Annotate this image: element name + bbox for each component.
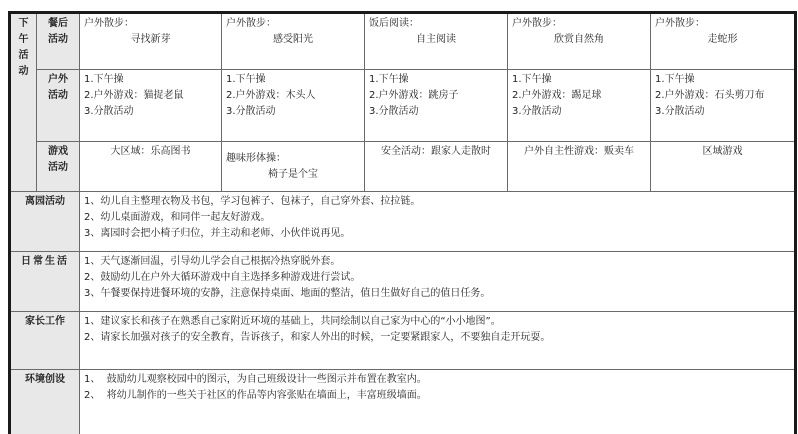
game-activities-label: 游戏 活动 (37, 142, 80, 192)
game-cell-1: 大区域：乐高图书 (80, 142, 222, 192)
after-meal-cell-4: 户外散步： 欣赏自然角 (508, 13, 651, 70)
row-outdoor: 户外 活动 1.下午操 2.户外游戏：猫捉老鼠 3.分散活动 1.下午操 2.户… (10, 70, 796, 142)
after-meal-cell-2: 户外散步： 感受阳光 (222, 13, 365, 70)
after-meal-label: 餐后 活动 (37, 13, 80, 70)
parent-work-label: 家长工作 (10, 312, 80, 370)
departure-activities-label: 离园活动 (10, 192, 80, 252)
row-after-meal: 下 午 活 动 餐后 活动 户外散步： 寻找新芽 户外散步： 感受阳光 饭后阅读… (10, 13, 796, 70)
outdoor-cell-3: 1.下午操 2.户外游戏：跳房子 3.分散活动 (365, 70, 508, 142)
row-games: 游戏 活动 大区域：乐高图书 趣味形体操： 椅子是个宝 安全活动：跟家人走散时 … (10, 142, 796, 192)
game-cell-3: 安全活动：跟家人走散时 (365, 142, 508, 192)
environment-setup-content: 1、 鼓励幼儿观察校园中的图示，为自己班级设计一些图示并布置在教室内。 2、 将… (80, 370, 796, 434)
row-environment: 环境创设 1、 鼓励幼儿观察校园中的图示，为自己班级设计一些图示并布置在教室内。… (10, 370, 796, 434)
game-cell-2: 趣味形体操： 椅子是个宝 (222, 142, 365, 192)
after-meal-cell-1: 户外散步： 寻找新芽 (80, 13, 222, 70)
daily-life-label: 日常生活 (10, 252, 80, 312)
after-meal-cell-3: 饭后阅读： 自主阅读 (365, 13, 508, 70)
departure-activities-content: 1、幼儿自主整理衣物及书包，学习包裤子、包袜子，自己穿外套、拉拉链。 2、幼儿桌… (80, 192, 796, 252)
environment-setup-label: 环境创设 (10, 370, 80, 434)
afternoon-activities-label: 下 午 活 动 (10, 13, 37, 192)
daily-life-content: 1、天气逐渐回温，引导幼儿学会自己根据冷热穿脱外套。 2、鼓励幼儿在户外大循环游… (80, 252, 796, 312)
game-cell-5: 区域游戏 (651, 142, 796, 192)
row-parent-work: 家长工作 1、建议家长和孩子在熟悉自己家附近环境的基础上，共同绘制以自己家为中心… (10, 312, 796, 370)
after-meal-cell-5: 户外散步： 走蛇形 (651, 13, 796, 70)
weekly-plan-table: 下 午 活 动 餐后 活动 户外散步： 寻找新芽 户外散步： 感受阳光 饭后阅读… (8, 11, 797, 434)
parent-work-content: 1、建议家长和孩子在熟悉自己家附近环境的基础上，共同绘制以自己家为中心的“小小地… (80, 312, 796, 370)
game-cell-4: 户外自主性游戏：贩卖车 (508, 142, 651, 192)
row-daily-life: 日常生活 1、天气逐渐回温，引导幼儿学会自己根据冷热穿脱外套。 2、鼓励幼儿在户… (10, 252, 796, 312)
outdoor-cell-1: 1.下午操 2.户外游戏：猫捉老鼠 3.分散活动 (80, 70, 222, 142)
outdoor-cell-2: 1.下午操 2.户外游戏：木头人 3.分散活动 (222, 70, 365, 142)
row-departure: 离园活动 1、幼儿自主整理衣物及书包，学习包裤子、包袜子，自己穿外套、拉拉链。 … (10, 192, 796, 252)
outdoor-cell-5: 1.下午操 2.户外游戏：石头剪刀布 3.分散活动 (651, 70, 796, 142)
outdoor-activities-label: 户外 活动 (37, 70, 80, 142)
outdoor-cell-4: 1.下午操 2.户外游戏：踢足球 3.分散活动 (508, 70, 651, 142)
